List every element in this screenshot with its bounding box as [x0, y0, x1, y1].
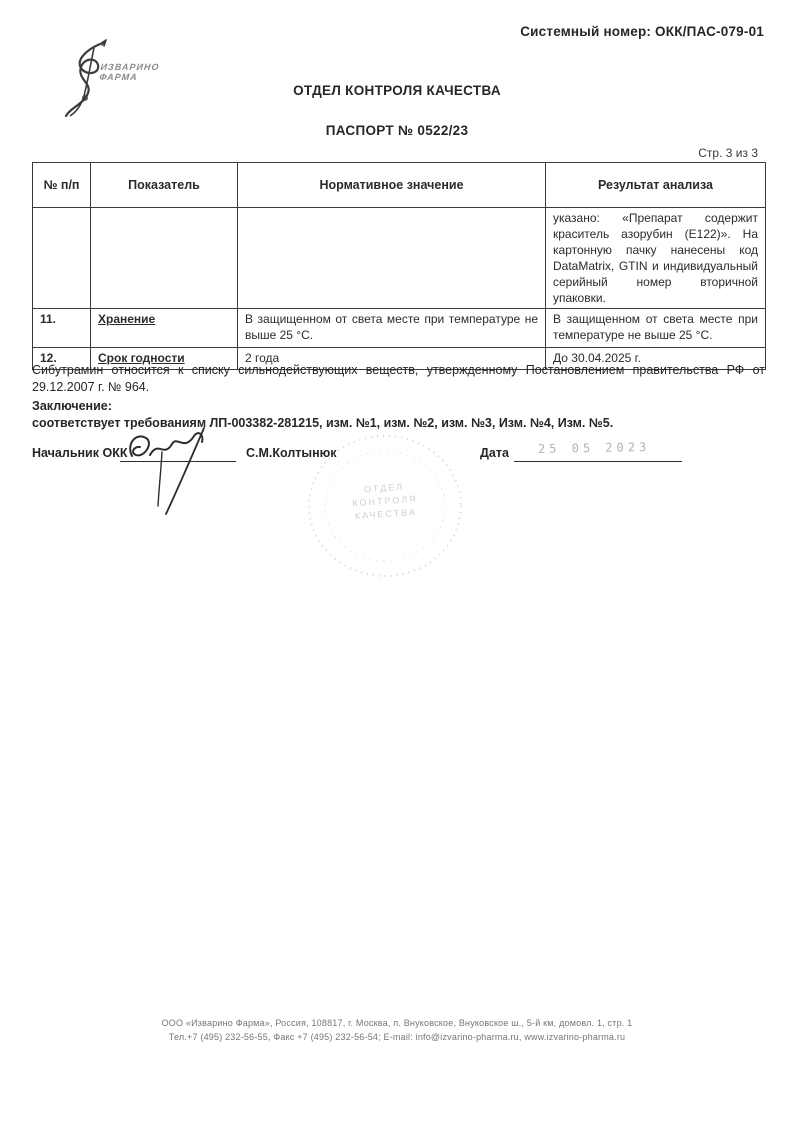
cell-indicator: Хранение	[91, 309, 238, 348]
signature-block: Начальник ОКК С.М.Колтынюк Дата 25 05 20…	[32, 438, 765, 468]
stamp-circle-icon	[300, 571, 470, 588]
logo-wordmark: ИЗВАРИНО ФАРМА	[99, 62, 160, 82]
stamp-text: ОТДЕЛ КОНТРОЛЯ КАЧЕСТВА	[299, 476, 471, 527]
cell-result: В защищенном от света месте при температ…	[546, 309, 766, 348]
department-title: ОТДЕЛ КОНТРОЛЯ КАЧЕСТВА	[0, 83, 794, 98]
signatory-name: С.М.Колтынюк	[246, 446, 337, 460]
passport-title: ПАСПОРТ № 0522/23	[0, 123, 794, 138]
col-header-num: № п/п	[33, 163, 91, 208]
cell-indicator	[91, 208, 238, 309]
col-header-normative: Нормативное значение	[238, 163, 546, 208]
logo-text-line1: ИЗВАРИНО	[100, 62, 160, 72]
stamp-text-line1: ОТДЕЛ	[299, 476, 469, 501]
table-row-11: 11. Хранение В защищенном от света месте…	[33, 309, 766, 348]
table-row-continuation: указано: «Препарат содержит краситель аз…	[33, 208, 766, 309]
signature-line	[120, 438, 236, 462]
date-line: 25 05 2023	[514, 438, 682, 462]
conclusion-label: Заключение:	[32, 398, 765, 415]
col-header-result: Результат анализа	[546, 163, 766, 208]
logo-text-line2: ФАРМА	[99, 72, 159, 82]
date-stamp-imprint: 25 05 2023	[538, 440, 650, 456]
cell-num: 11.	[33, 309, 91, 348]
company-footer: ООО «Изварино Фарма», Россия, 108817, г.…	[0, 1016, 794, 1044]
sibutramine-note: Сибутрамин относится к списку сильнодейс…	[32, 362, 765, 396]
table-header-row: № п/п Показатель Нормативное значение Ре…	[33, 163, 766, 208]
stamp-text-line3: КАЧЕСТВА	[301, 502, 471, 527]
izvarino-pharma-logo: ИЗВАРИНО ФАРМА	[48, 36, 198, 122]
footer-contacts-line: Тел.+7 (495) 232-56-55, Факс +7 (495) 23…	[0, 1030, 794, 1044]
date-label: Дата	[480, 446, 509, 460]
page-indicator: Стр. 3 из 3	[698, 146, 758, 160]
scanned-qc-passport-page: Системный номер: ОКК/ПАС-079-01 ИЗВАРИНО…	[0, 0, 794, 1122]
qc-results-table: № п/п Показатель Нормативное значение Ре…	[32, 162, 766, 370]
system-number: Системный номер: ОКК/ПАС-079-01	[520, 24, 764, 39]
cell-normative: В защищенном от света месте при температ…	[238, 309, 546, 348]
cell-result: указано: «Препарат содержит краситель аз…	[546, 208, 766, 309]
cell-num	[33, 208, 91, 309]
cell-normative	[238, 208, 546, 309]
handwritten-signature	[114, 422, 244, 521]
footer-address-line: ООО «Изварино Фарма», Россия, 108817, г.…	[0, 1016, 794, 1030]
stamp-text-line2: КОНТРОЛЯ	[300, 489, 470, 514]
col-header-indicator: Показатель	[91, 163, 238, 208]
